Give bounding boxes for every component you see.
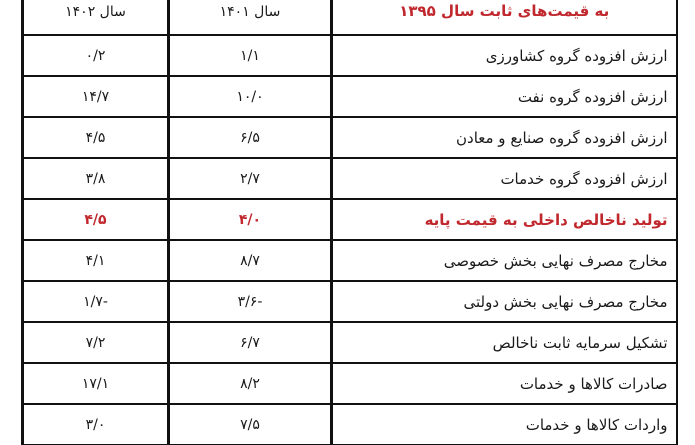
row-label: تشکیل سرمایه ثابت ناخالص [332, 322, 677, 363]
value-1402: -۱/۷ [23, 281, 169, 322]
table-header-row: به قیمت‌های ثابت سال ۱۳۹۵ سال ۱۴۰۱ سال ۱… [23, 0, 677, 35]
value-1402: ۱۷/۱ [23, 363, 169, 404]
value-1401: -۳/۶ [169, 281, 332, 322]
table-row: ارزش افزوده گروه نفت ۱۰/۰ ۱۴/۷ [23, 76, 677, 117]
growth-table: به قیمت‌های ثابت سال ۱۳۹۵ سال ۱۴۰۱ سال ۱… [21, 0, 678, 445]
table-row: مخارج مصرف نهایی بخش خصوصی ۸/۷ ۴/۱ [23, 240, 677, 281]
growth-table-container: به قیمت‌های ثابت سال ۱۳۹۵ سال ۱۴۰۱ سال ۱… [21, 0, 675, 445]
value-1401: ۴/۰ [169, 199, 332, 240]
header-title: به قیمت‌های ثابت سال ۱۳۹۵ [332, 0, 677, 35]
table-row-highlight: تولید ناخالص داخلی به قیمت پایه ۴/۰ ۴/۵ [23, 199, 677, 240]
value-1401: ۷/۵ [169, 404, 332, 445]
value-1401: ۱/۱ [169, 35, 332, 76]
row-label: ارزش افزوده گروه کشاورزی [332, 35, 677, 76]
row-label: تولید ناخالص داخلی به قیمت پایه [332, 199, 677, 240]
table-row: واردات کالاها و خدمات ۷/۵ ۳/۰ [23, 404, 677, 445]
row-label: واردات کالاها و خدمات [332, 404, 677, 445]
row-label: ارزش افزوده گروه خدمات [332, 158, 677, 199]
value-1402: ۰/۲ [23, 35, 169, 76]
table-row: تشکیل سرمایه ثابت ناخالص ۶/۷ ۷/۲ [23, 322, 677, 363]
value-1401: ۸/۲ [169, 363, 332, 404]
table-row: صادرات کالاها و خدمات ۸/۲ ۱۷/۱ [23, 363, 677, 404]
row-label: ارزش افزوده گروه نفت [332, 76, 677, 117]
value-1402: ۳/۰ [23, 404, 169, 445]
table-row: مخارج مصرف نهایی بخش دولتی -۳/۶ -۱/۷ [23, 281, 677, 322]
value-1402: ۳/۸ [23, 158, 169, 199]
value-1402: ۴/۱ [23, 240, 169, 281]
row-label: ارزش افزوده گروه صنایع و معادن [332, 117, 677, 158]
row-label: مخارج مصرف نهایی بخش خصوصی [332, 240, 677, 281]
value-1402: ۱۴/۷ [23, 76, 169, 117]
value-1401: ۶/۵ [169, 117, 332, 158]
value-1402: ۴/۵ [23, 199, 169, 240]
value-1402: ۴/۵ [23, 117, 169, 158]
header-year-1401: سال ۱۴۰۱ [169, 0, 332, 35]
header-year-1402: سال ۱۴۰۲ [23, 0, 169, 35]
table-row: ارزش افزوده گروه صنایع و معادن ۶/۵ ۴/۵ [23, 117, 677, 158]
row-label: مخارج مصرف نهایی بخش دولتی [332, 281, 677, 322]
row-label: صادرات کالاها و خدمات [332, 363, 677, 404]
value-1401: ۲/۷ [169, 158, 332, 199]
value-1401: ۱۰/۰ [169, 76, 332, 117]
table-row: ارزش افزوده گروه کشاورزی ۱/۱ ۰/۲ [23, 35, 677, 76]
value-1401: ۶/۷ [169, 322, 332, 363]
table-row: ارزش افزوده گروه خدمات ۲/۷ ۳/۸ [23, 158, 677, 199]
value-1401: ۸/۷ [169, 240, 332, 281]
value-1402: ۷/۲ [23, 322, 169, 363]
